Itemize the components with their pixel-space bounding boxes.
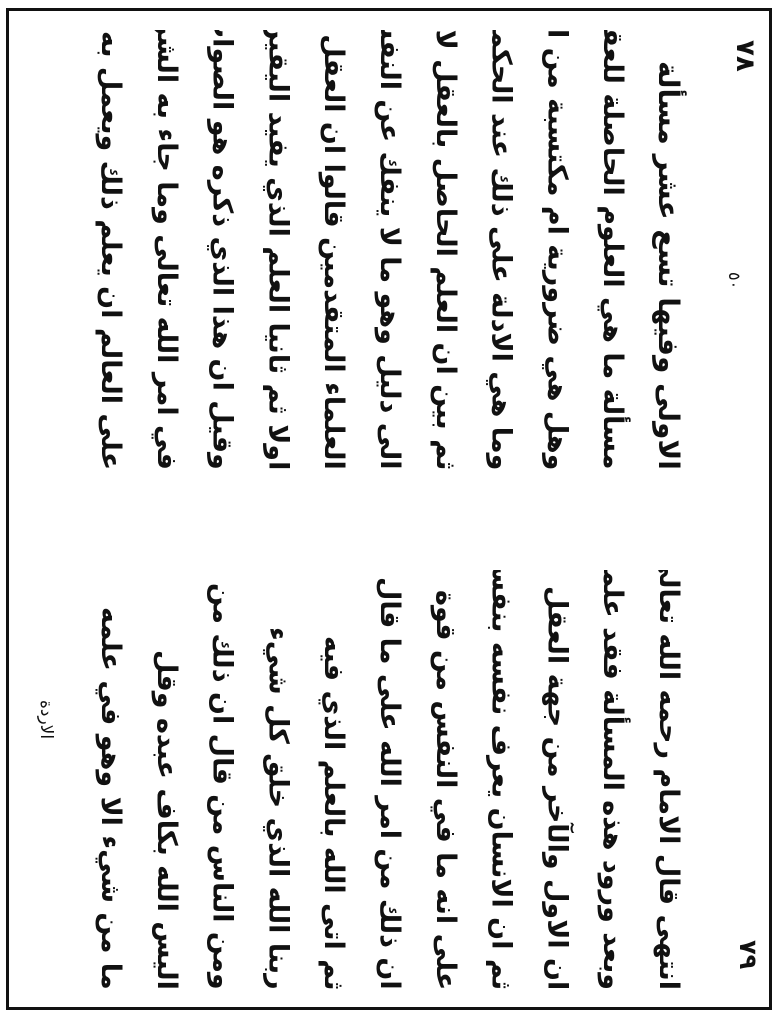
manuscript-line: وبعد ورود هذه المسألة فقد علمنا (590, 570, 632, 990)
manuscript-line: وما هي الادلة على ذلك عند الحكماء (479, 30, 521, 470)
page-number-bottom: ٧٩ (734, 940, 762, 969)
page-number-top: ٧٨ (730, 40, 760, 72)
manuscript-line: اولا ثم ثانيا العلم الذي يفيد اليقين (255, 30, 297, 470)
manuscript-line: الى دليل وهو ما لا ينفك عن النفس (367, 30, 409, 470)
manuscript-line: الاولى وفيها تسع عشر مسألة (646, 30, 688, 470)
manuscript-line: ثم اتى الله بالعلم الذي فيه (311, 570, 353, 990)
manuscript-line: ثم بين ان العلم الحاصل بالعقل لا يحتاج (423, 30, 465, 470)
manuscript-line: في امر الله تعالى وما جاء به الشرع (144, 30, 186, 470)
manuscript-line: ان الاول والآخر من جهة العقل (534, 570, 576, 990)
manuscript-line: ان ذلك من امر الله على ما قال (367, 570, 409, 990)
page-number-mid: ٥٠ (725, 272, 744, 289)
lower-text-block: انتهى قال الامام رحمه الله تعالى وبعد ور… (88, 570, 688, 990)
manuscript-line: وقيل ان هذا الذي ذكره هو الصواب (200, 30, 242, 470)
manuscript-line: انتهى قال الامام رحمه الله تعالى (646, 570, 688, 990)
manuscript-line: على العالم ان يعلم ذلك ويعمل به (88, 30, 130, 470)
manuscript-line: ما من شيء الا وهو في علمه (88, 570, 130, 990)
manuscript-line: ثم ان الانسان يعرف نفسه بنفسه (479, 570, 521, 990)
manuscript-line: مسألة ما هي العلوم الحاصلة للعقل (590, 30, 632, 470)
manuscript-line: على انه ما في النفس من قوة (423, 570, 465, 990)
manuscript-line: العلماء المتقدمين قالوا ان العقل جوهر (311, 30, 353, 470)
manuscript-line: ومن الناس من قال ان ذلك من (200, 570, 242, 990)
upper-text-block: الاولى وفيها تسع عشر مسألة مسألة ما هي ا… (88, 30, 688, 470)
marginal-note: الاردة (20, 700, 56, 830)
manuscript-line: وهل هي ضرورية ام مكتسبة من الحواس (534, 30, 576, 470)
manuscript-line: ربنا الله الذي خلق كل شيء (255, 570, 297, 990)
manuscript-line: اليس الله بكاف عبده وقل (144, 570, 186, 990)
